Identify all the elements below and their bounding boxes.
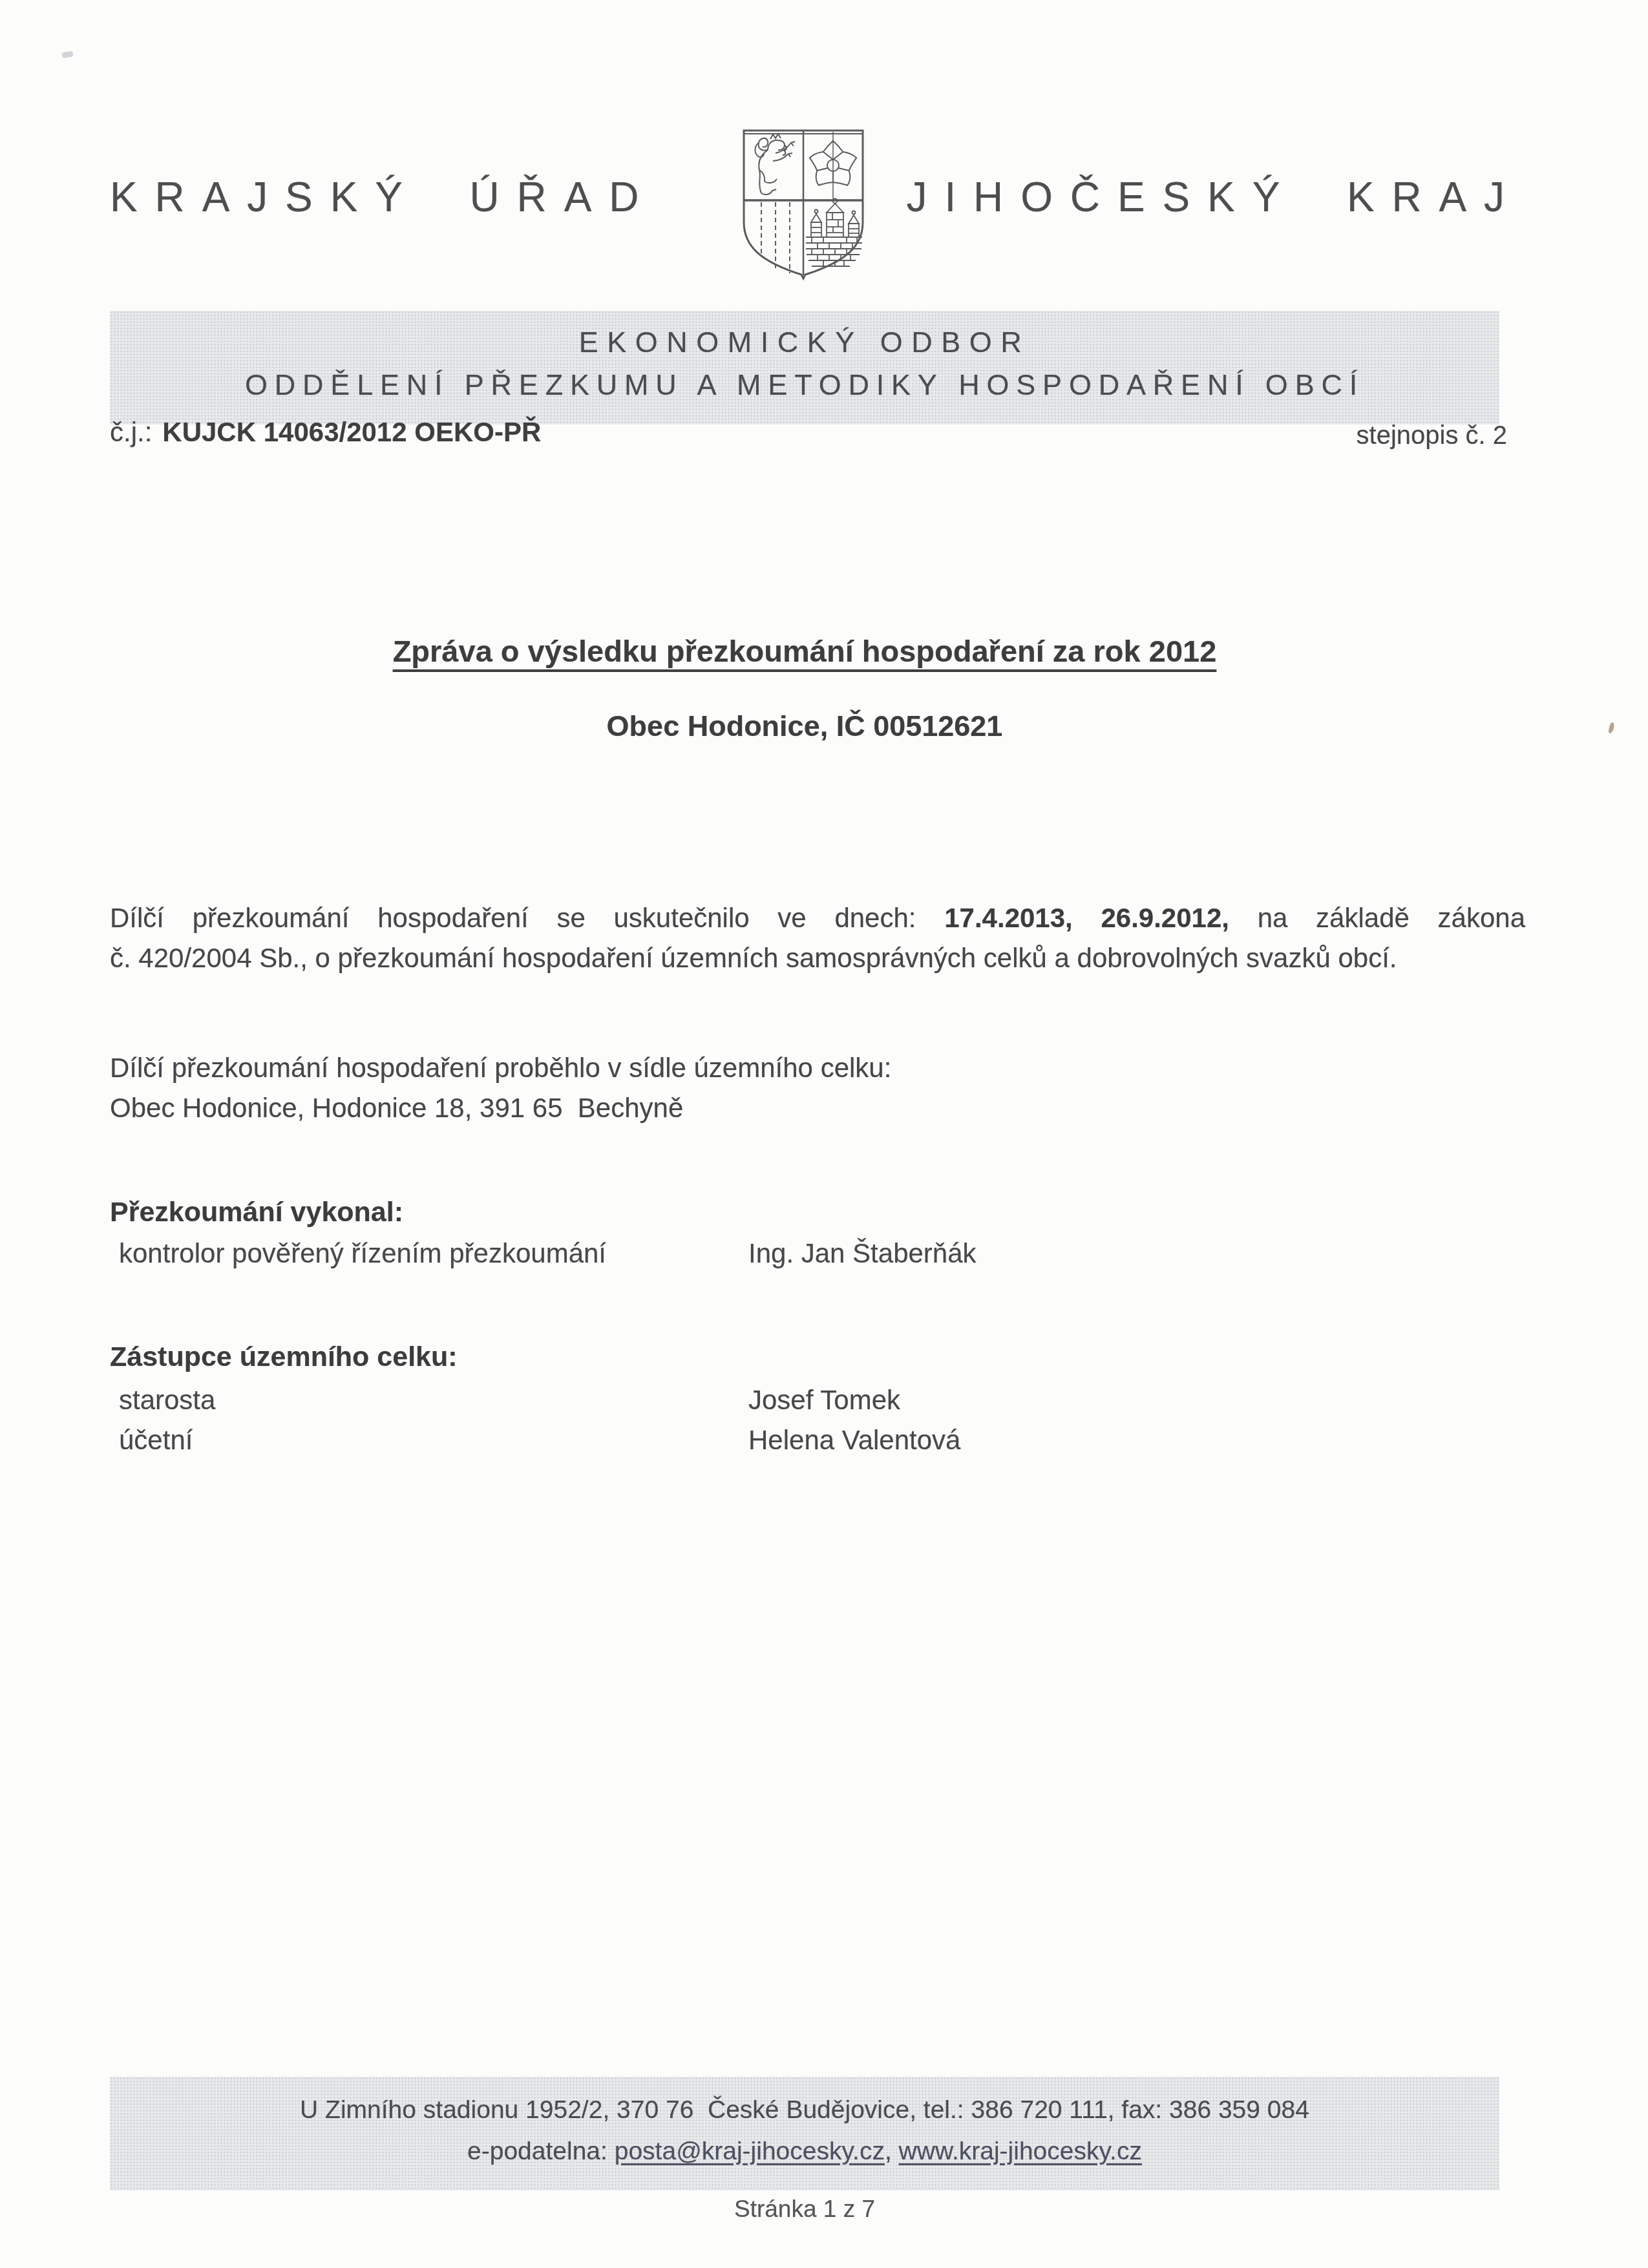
footer-address-line: U Zimního stadionu 1952/2, 370 76 České … (110, 2090, 1499, 2131)
document-subject: Obec Hodonice, IČ 00512621 (97, 709, 1512, 743)
auditor-name: Ing. Jan Štaberňák (748, 1238, 977, 1269)
website-link: www.kraj-jihocesky.cz (899, 2137, 1142, 2165)
audit-dates-prefix: Dílčí přezkoumání hospodaření se uskuteč… (110, 903, 916, 933)
scan-artifact (1608, 722, 1615, 733)
representative-name: Josef Tomek (748, 1385, 900, 1416)
representative-name: Helena Valentová (748, 1425, 960, 1456)
scan-artifact (61, 51, 73, 58)
audit-dates-paragraph: Dílčí přezkoumání hospodaření se uskuteč… (110, 898, 1525, 978)
rose-emblem (810, 132, 856, 199)
audit-location-line2: Obec Hodonice, Hodonice 18, 391 65 Bechy… (110, 1088, 891, 1128)
czech-lion-emblem (755, 134, 795, 194)
footer-contact-banner: U Zimního stadionu 1952/2, 370 76 České … (110, 2077, 1499, 2190)
office-name-left: KRAJSKÝ ÚŘAD (110, 173, 656, 221)
audit-dates-suffix: na základě zákona (1258, 903, 1525, 933)
department-banner: EKONOMICKÝ ODBOR ODDĚLENÍ PŘEZKUMU A MET… (110, 311, 1499, 425)
reference-number: KUJCK 14063/2012 OEKO-PŘ (162, 417, 541, 447)
unit-name: ODDĚLENÍ PŘEZKUMU A METODIKY HOSPODAŘENÍ… (110, 364, 1499, 406)
representative-role: účetní (119, 1425, 193, 1456)
epodatelna-label: e-podatelna: (467, 2137, 615, 2165)
reference-label: č.j.: (110, 417, 152, 447)
email-link: posta@kraj-jihocesky.cz (615, 2137, 885, 2165)
department-name: EKONOMICKÝ ODBOR (110, 321, 1499, 364)
auditor-section-heading: Přezkoumání vykonal: (110, 1197, 403, 1228)
document-title: Zpráva o výsledku přezkoumání hospodařen… (97, 633, 1512, 669)
copy-number-note: stejnopis č. 2 (1357, 421, 1507, 450)
page-number: Stránka 1 z 7 (110, 2196, 1499, 2223)
audit-dates-values: 17.4.2013, 26.9.2012, (944, 903, 1229, 933)
footer-contact-line: e-podatelna: posta@kraj-jihocesky.cz, ww… (110, 2131, 1499, 2172)
audit-dates-line1: Dílčí přezkoumání hospodaření se uskuteč… (110, 898, 1525, 938)
audit-location-line1: Dílčí přezkoumání hospodaření proběhlo v… (110, 1048, 891, 1088)
pales-emblem (761, 202, 790, 273)
contact-separator: , (885, 2137, 899, 2165)
coat-of-arms-emblem (742, 129, 865, 280)
region-name-right: JIHOČESKÝ KRAJ (907, 173, 1522, 221)
representative-role: starosta (119, 1385, 215, 1416)
audit-location-paragraph: Dílčí přezkoumání hospodaření proběhlo v… (110, 1048, 891, 1128)
audit-dates-line2: č. 420/2004 Sb., o přezkoumání hospodaře… (110, 938, 1525, 978)
castle-emblem (806, 199, 862, 267)
representatives-section-heading: Zástupce územního celku: (110, 1341, 458, 1373)
scanned-document-page: KRAJSKÝ ÚŘAD JIHOČESKÝ KRAJ (0, 0, 1648, 2268)
reference-line: č.j.:KUJCK 14063/2012 OEKO-PŘ (110, 417, 541, 448)
auditor-role: kontrolor pověřený řízením přezkoumání (119, 1238, 606, 1269)
